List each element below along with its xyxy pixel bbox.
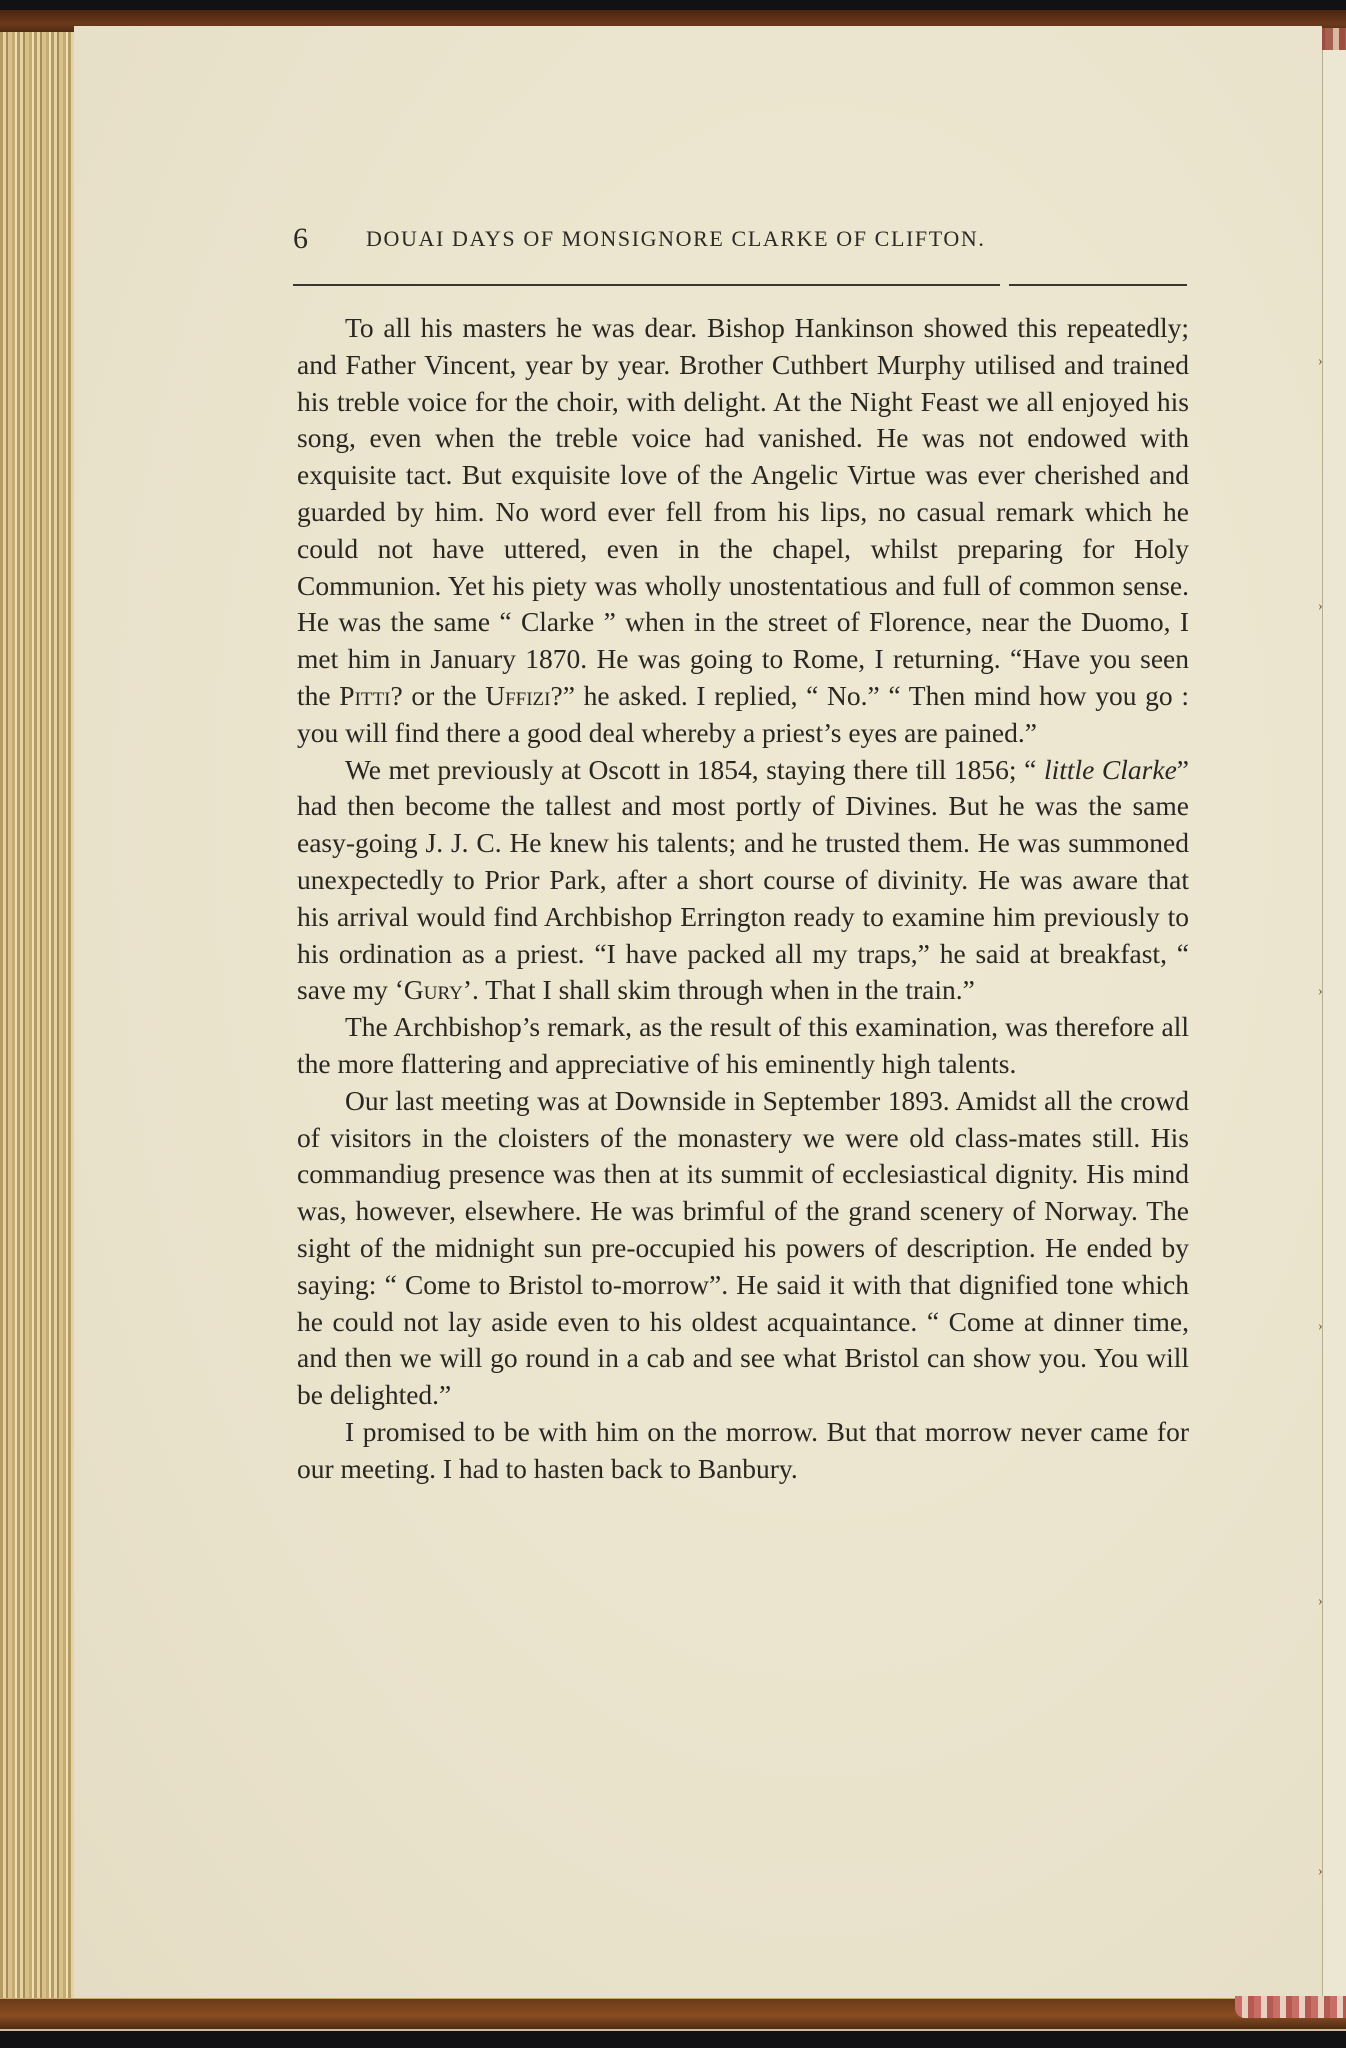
text-segment: To all his masters he was dear. Bishop H…: [297, 312, 1189, 711]
body-text: To all his masters he was dear. Bishop H…: [297, 310, 1189, 1488]
paragraph-4: Our last meeting was at Downside in Sept…: [297, 1083, 1189, 1414]
adjacent-page-edge: [1322, 50, 1346, 1998]
paragraph-2: We met previously at Oscott in 1854, sta…: [297, 752, 1189, 1010]
text-segment: ” had then become the tallest and most p…: [297, 754, 1189, 1006]
page-notch-mark: ›: [1318, 985, 1326, 999]
page-notch-mark: ›: [1318, 355, 1326, 369]
page-notch-mark: ›: [1318, 1320, 1326, 1334]
text-segment: ? or the: [390, 680, 485, 711]
small-caps-text: Gury: [404, 974, 463, 1005]
text-segment: We met previously at Oscott in 1854, sta…: [345, 754, 1044, 785]
book-cover-bottom-edge: [0, 1998, 1346, 2031]
text-segment: ’. That I shall skim through when in the…: [463, 974, 975, 1005]
paragraph-3: The Archbishop’s remark, as the result o…: [297, 1009, 1189, 1083]
page-number: 6: [293, 222, 366, 256]
page-notch-mark: ›: [1318, 1865, 1326, 1879]
paragraph-5: I promised to be with him on the morrow.…: [297, 1414, 1189, 1488]
page-edges-left: [0, 32, 74, 1998]
header-rule: [293, 284, 1000, 286]
page-notch-mark: ›: [1318, 600, 1326, 614]
header-rule-segment: [1009, 284, 1187, 286]
headband-bottom: [1235, 1996, 1346, 2018]
running-head: 6DOUAI DAYS OF MONSIGNORE CLARKE OF CLIF…: [293, 222, 1193, 256]
running-head-title: DOUAI DAYS OF MONSIGNORE CLARKE OF CLIFT…: [366, 226, 985, 251]
paragraph-1: To all his masters he was dear. Bishop H…: [297, 310, 1189, 752]
page-notch-mark: ›: [1318, 1595, 1326, 1609]
small-caps-text: Uffizi: [485, 680, 550, 711]
small-caps-text: Pitti: [339, 680, 390, 711]
italic-text: little Clarke: [1044, 754, 1177, 785]
